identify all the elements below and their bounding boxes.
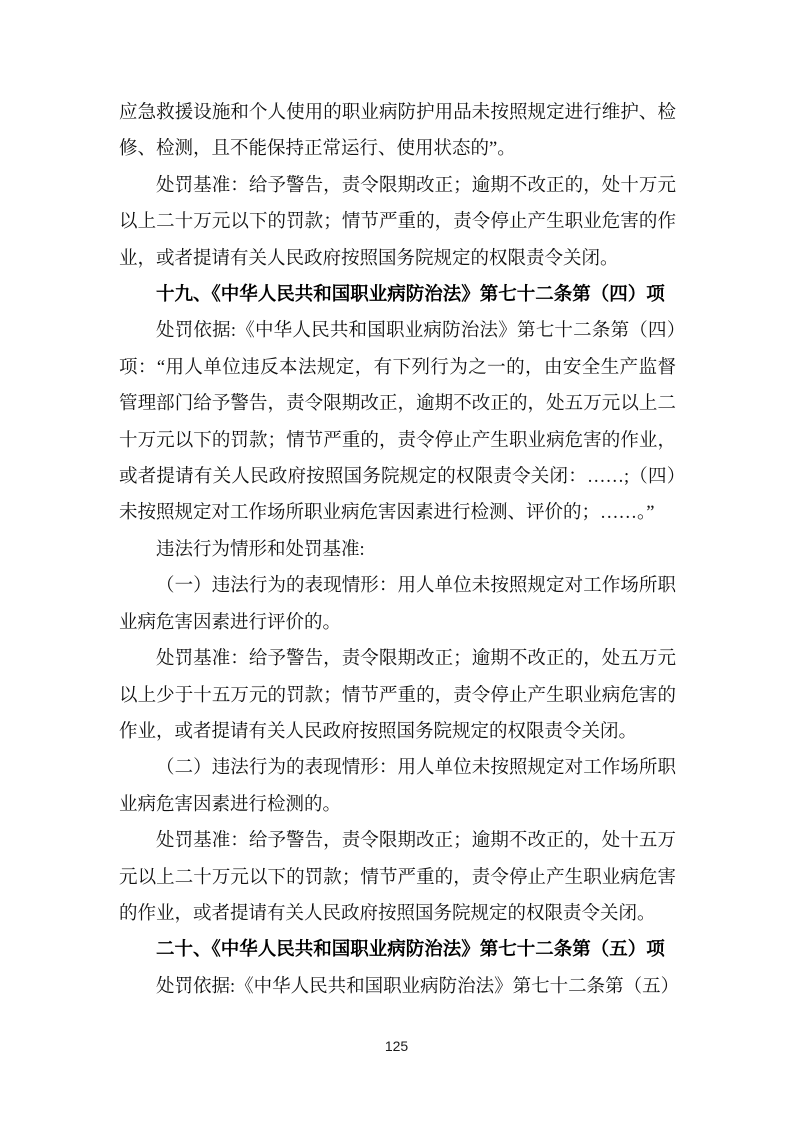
paragraph-continuation-emergency-facilities: 应急救援设施和个人使用的职业病防护用品未按照规定进行维护、检修、检测，且不能保持… (119, 95, 676, 168)
paragraph-penalty-basis-case-1: 处罚基准：给予警告，责令限期改正；逾期不改正的，处五万元以上少于十五万元的罚款；… (119, 641, 676, 750)
section-heading-20: 二十、《中华人民共和国职业病防治法》第七十二条第（五）项 (119, 932, 676, 968)
section-heading-19: 十九、《中华人民共和国职业病防治法》第七十二条第（四）项 (119, 277, 676, 313)
document-page: 应急救援设施和个人使用的职业病防护用品未按照规定进行维护、检修、检测，且不能保持… (0, 0, 793, 1122)
paragraph-penalty-basis-case-2: 处罚基准：给予警告，责令限期改正；逾期不改正的，处十五万元以上二十万元以下的罚款… (119, 823, 676, 932)
paragraph-violation-and-basis-label: 违法行为情形和处罚基准: (119, 532, 676, 568)
paragraph-penalty-basis-intro: 处罚基准：给予警告，责令限期改正；逾期不改正的，处十万元以上二十万元以下的罚款；… (119, 168, 676, 277)
paragraph-violation-case-1: （一）违法行为的表现情形：用人单位未按照规定对工作场所职业病危害因素进行评价的。 (119, 568, 676, 641)
page-footer-page-number: 125 (0, 1038, 793, 1054)
paragraph-penalty-legal-basis-article72-item4: 处罚依据:《中华人民共和国职业病防治法》第七十二条第（四）项：“用人单位违反本法… (119, 313, 676, 531)
paragraph-penalty-legal-basis-article72-item5: 处罚依据:《中华人民共和国职业病防治法》第七十二条第（五） (119, 969, 676, 1005)
paragraph-violation-case-2: （二）违法行为的表现情形：用人单位未按照规定对工作场所职业病危害因素进行检测的。 (119, 750, 676, 823)
document-body: 应急救援设施和个人使用的职业病防护用品未按照规定进行维护、检修、检测，且不能保持… (119, 95, 676, 1005)
